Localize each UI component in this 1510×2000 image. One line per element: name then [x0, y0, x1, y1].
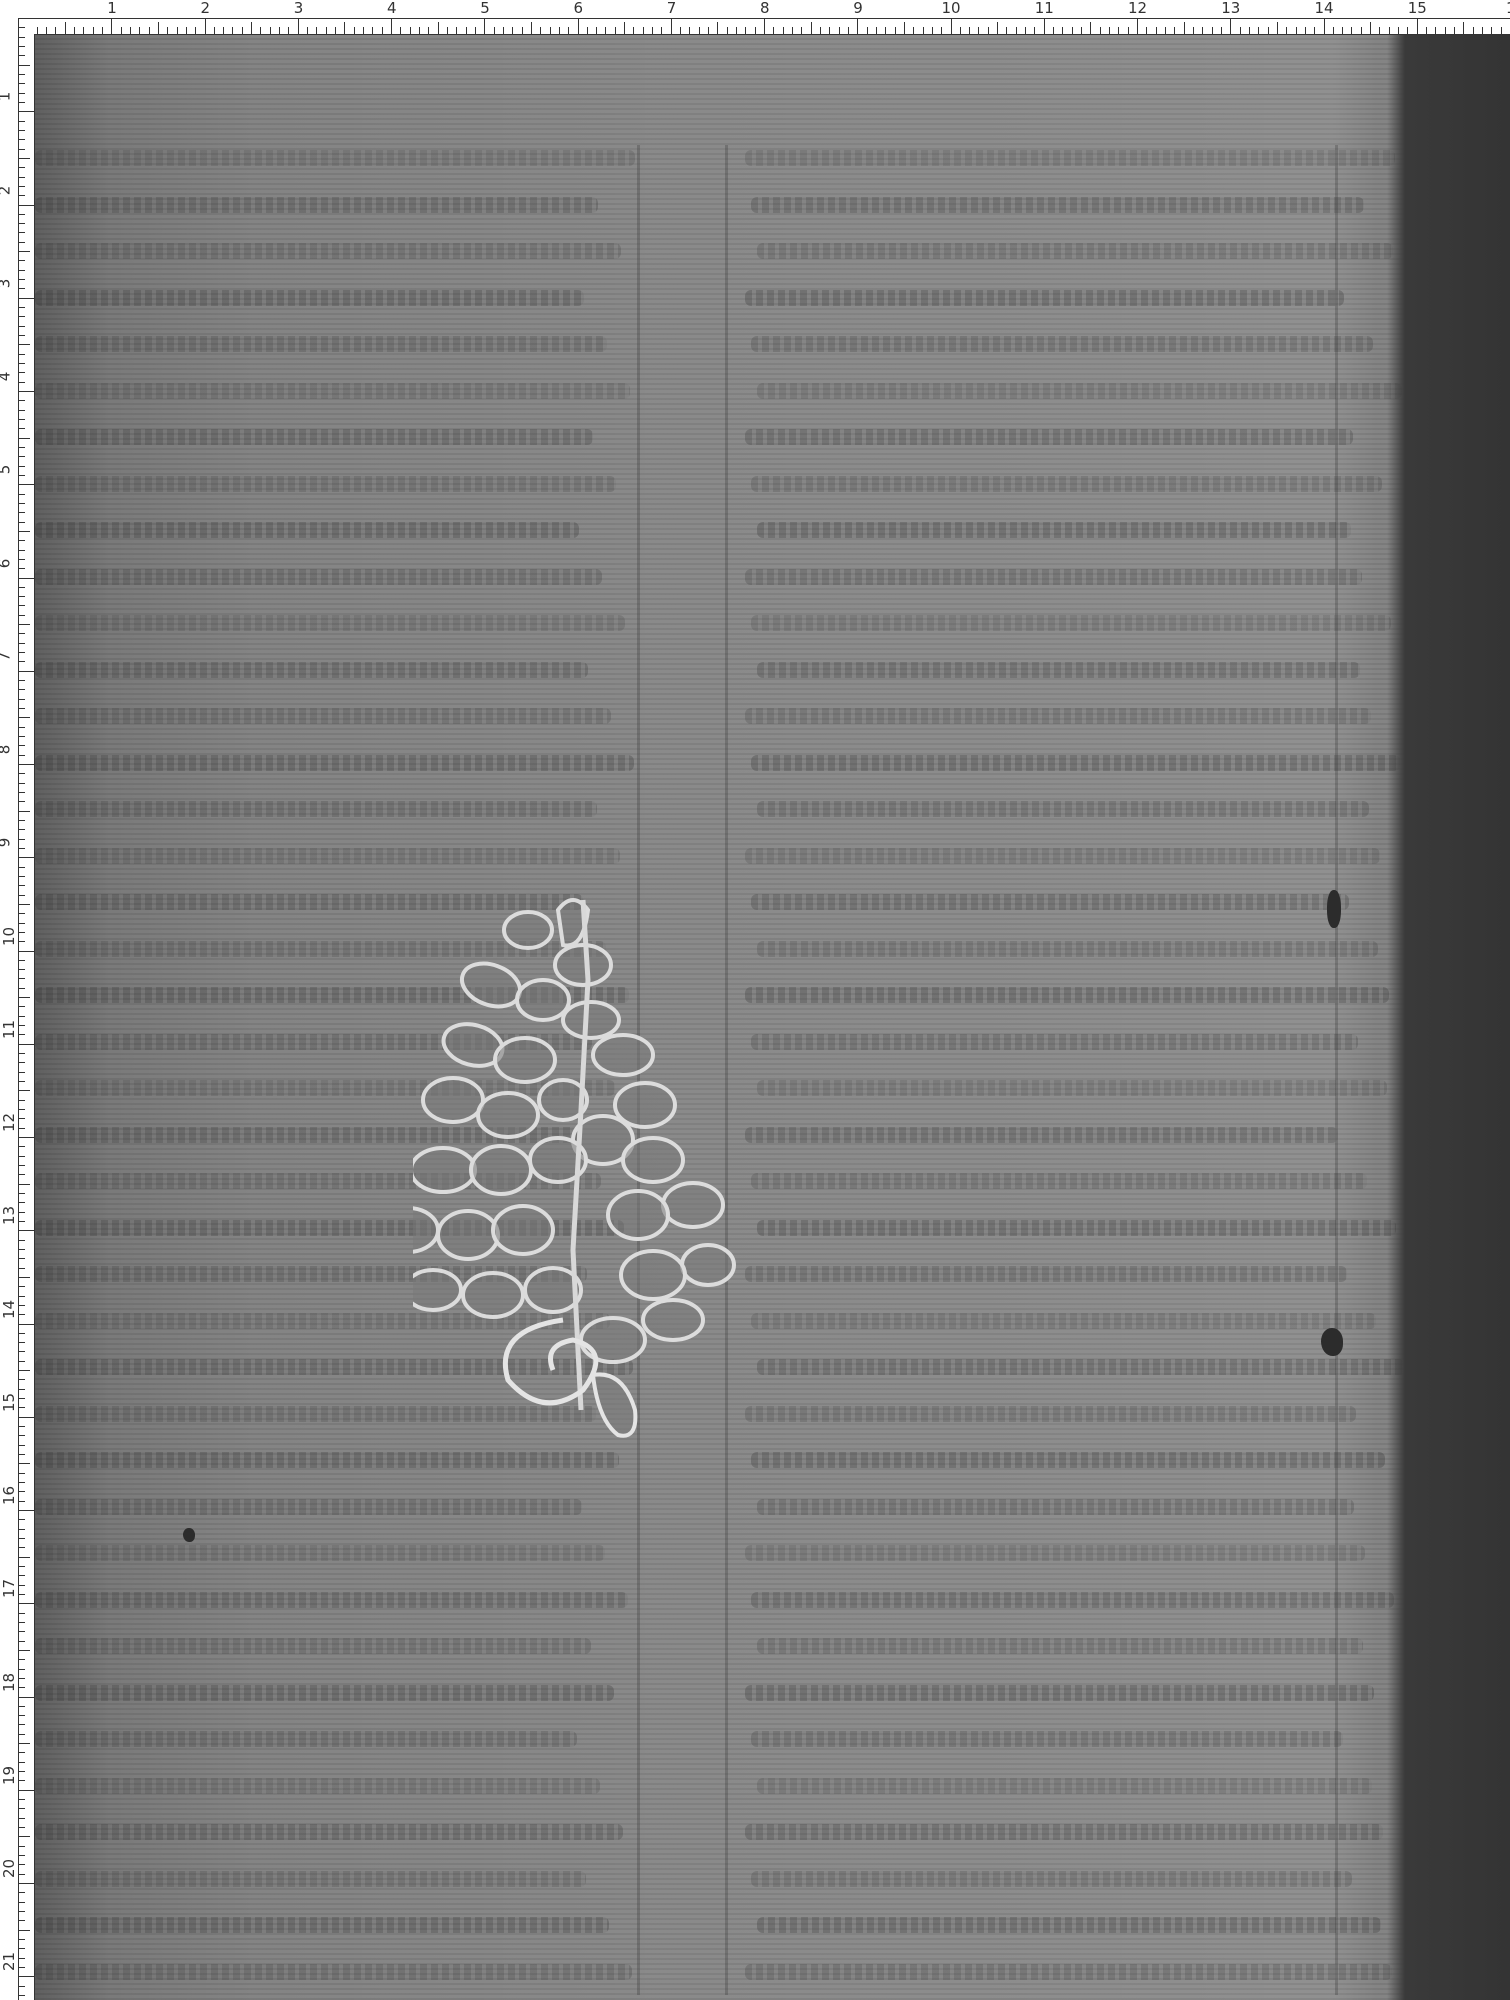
- ruler-tick: [18, 1911, 25, 1912]
- faded-text-line: [757, 1220, 1396, 1236]
- faded-text-line: [757, 1499, 1354, 1515]
- ruler-tick: [978, 27, 979, 34]
- ruler-tick: [232, 27, 233, 34]
- ruler-tick: [18, 960, 25, 961]
- ruler-tick: [18, 1529, 25, 1530]
- ruler-tick: [1501, 27, 1502, 34]
- ruler-label: 12: [2, 1113, 17, 1132]
- ruler-tick: [18, 1463, 30, 1464]
- faded-text-line: [35, 1545, 605, 1561]
- ruler-tick: [18, 1547, 25, 1548]
- ruler-tick: [18, 1566, 25, 1567]
- ruler-tick: [1212, 27, 1213, 34]
- ruler-label: 1: [107, 1, 117, 16]
- ruler-tick: [1118, 27, 1119, 34]
- ruler-tick: [1268, 27, 1269, 34]
- ruler-tick: [792, 27, 793, 34]
- ruler-tick: [18, 1613, 25, 1614]
- ruler-tick: [18, 913, 25, 914]
- ruler-tick: [811, 22, 812, 34]
- ruler-label: 18: [2, 1672, 17, 1691]
- ruler-tick: [876, 27, 877, 34]
- faded-text-line: [751, 1592, 1394, 1608]
- ruler-tick: [18, 605, 25, 606]
- faded-text-line: [35, 708, 611, 724]
- ruler-tick: [37, 27, 38, 34]
- ruler-label: 3: [294, 1, 304, 16]
- ruler-tick: [18, 335, 25, 336]
- ruler-tick: [857, 18, 858, 34]
- faded-text-line: [745, 290, 1344, 306]
- faded-text-line: [35, 1917, 609, 1933]
- ruler-tick: [18, 37, 25, 38]
- ruler-tick: [288, 27, 289, 34]
- ruler-tick: [177, 27, 178, 34]
- faded-text-line: [35, 1452, 619, 1468]
- ruler-tick: [18, 1090, 30, 1091]
- ruler-tick: [1398, 27, 1399, 34]
- ruler-tick: [18, 1902, 25, 1903]
- ruler-tick: [1333, 27, 1334, 34]
- ruler-tick: [1044, 18, 1045, 34]
- ruler-tick: [1249, 27, 1250, 34]
- ruler-tick: [1156, 27, 1157, 34]
- ruler-tick: [1109, 27, 1110, 34]
- ruler-tick: [214, 27, 215, 34]
- faded-text-line: [751, 336, 1373, 352]
- ruler-tick: [18, 503, 25, 504]
- ruler-label: 8: [760, 1, 770, 16]
- faded-text-line: [35, 336, 607, 352]
- ruler-tick: [988, 27, 989, 34]
- ruler-tick: [18, 456, 25, 457]
- ruler-tick: [960, 27, 961, 34]
- ruler-tick: [18, 652, 25, 653]
- faded-text-line: [745, 1964, 1392, 1980]
- ruler-tick: [18, 1072, 25, 1073]
- ruler-tick: [18, 1342, 25, 1343]
- ruler-tick: [18, 27, 25, 28]
- ruler-tick: [18, 1948, 25, 1949]
- ruler-tick: [18, 1641, 25, 1642]
- ruler-tick: [18, 18, 34, 19]
- ruler-tick: [848, 27, 849, 34]
- ruler-tick: [46, 27, 47, 34]
- ruler-tick: [540, 27, 541, 34]
- ruler-tick: [18, 1585, 25, 1586]
- faded-text-line: [757, 1778, 1372, 1794]
- ruler-tick: [633, 27, 634, 34]
- ruler-label: 17: [2, 1579, 17, 1598]
- ruler-label: 1: [1506, 1, 1510, 16]
- faded-text-line: [35, 1592, 628, 1608]
- faded-text-line: [35, 755, 634, 771]
- ruler-tick: [18, 1417, 34, 1418]
- ruler-tick: [18, 1286, 25, 1287]
- ruler-label: 7: [0, 651, 12, 661]
- ruler-label: 11: [1035, 1, 1054, 16]
- ruler-tick: [18, 1100, 25, 1101]
- ruler-tick: [18, 1986, 25, 1987]
- ruler-tick: [139, 27, 140, 34]
- ruler-tick: [18, 177, 25, 178]
- ruler-tick: [18, 1128, 25, 1129]
- ruler-label: 14: [2, 1299, 17, 1318]
- ruler-tick: [18, 1165, 25, 1166]
- faded-text-line: [35, 1499, 582, 1515]
- ruler-tick: [18, 1053, 25, 1054]
- faded-text-line: [745, 569, 1362, 585]
- ruler-tick: [717, 22, 718, 34]
- ruler-tick: [18, 1808, 25, 1809]
- faded-text-line: [751, 1871, 1352, 1887]
- ruler-tick: [18, 205, 34, 206]
- ruler-tick: [18, 661, 25, 662]
- ruler-tick: [186, 27, 187, 34]
- ruler-tick: [18, 820, 25, 821]
- ruler-label: 4: [387, 1, 397, 16]
- ruler-tick: [680, 27, 681, 34]
- ruler-tick: [18, 559, 25, 560]
- ruler-tick: [18, 1790, 34, 1791]
- ruler-tick: [1137, 18, 1138, 34]
- ruler-tick: [251, 22, 252, 34]
- faded-text-line: [35, 290, 584, 306]
- ruler-tick: [18, 494, 25, 495]
- ruler-tick: [1379, 27, 1380, 34]
- ruler-tick: [18, 307, 25, 308]
- ruler-tick: [205, 18, 206, 34]
- ruler-tick: [18, 1370, 30, 1371]
- ruler-tick: [18, 419, 25, 420]
- ruler-tick: [18, 1258, 25, 1259]
- ruler-tick: [18, 829, 25, 830]
- ruler-tick: [18, 83, 25, 84]
- ruler-label: 13: [2, 1206, 17, 1225]
- ruler-tick: [18, 214, 25, 215]
- ruler-tick: [419, 27, 420, 34]
- ruler-tick: [18, 1659, 25, 1660]
- faded-text-line: [35, 243, 621, 259]
- ruler-tick: [1034, 27, 1035, 34]
- ruler-tick: [1342, 27, 1343, 34]
- ruler-tick: [18, 1398, 25, 1399]
- ruler-label: 16: [2, 1486, 17, 1505]
- ruler-tick: [18, 1081, 25, 1082]
- ruler-tick: [18, 1920, 25, 1921]
- ruler-tick: [18, 1389, 25, 1390]
- ruler-tick: [18, 382, 25, 383]
- ruler-tick: [18, 727, 25, 728]
- faded-text-line: [751, 894, 1349, 910]
- ruler-tick: [1072, 27, 1073, 34]
- ruler-tick: [615, 27, 616, 34]
- ruler-tick: [18, 1967, 25, 1968]
- ruler-tick: [885, 27, 886, 34]
- ruler-tick: [18, 1044, 34, 1045]
- ruler-label: 14: [1315, 1, 1334, 16]
- ruler-tick: [18, 158, 30, 159]
- ruler-tick: [18, 904, 30, 905]
- ruler-tick: [755, 27, 756, 34]
- faded-text-line: [35, 1778, 600, 1794]
- ruler-tick: [18, 1454, 25, 1455]
- ruler-tick: [18, 568, 25, 569]
- ruler-tick: [18, 288, 25, 289]
- ruler-tick: [18, 997, 30, 998]
- ruler-label: 8: [0, 745, 12, 755]
- ruler-tick: [18, 1519, 25, 1520]
- ruler-tick: [1370, 22, 1371, 34]
- ruler-tick: [18, 354, 25, 355]
- faded-text-line: [751, 615, 1391, 631]
- page-edge-shadow: [1387, 35, 1510, 2000]
- ruler-tick: [18, 736, 25, 737]
- ruler-tick: [18, 792, 25, 793]
- ruler-tick: [1240, 27, 1241, 34]
- ruler-tick: [18, 1296, 25, 1297]
- ruler-tick: [326, 27, 327, 34]
- ruler-tick: [18, 223, 25, 224]
- ruler-tick: [18, 671, 34, 672]
- ruler-tick: [158, 22, 159, 34]
- ruler-tick: [18, 270, 25, 271]
- faded-text-line: [35, 522, 579, 538]
- ruler-tick: [18, 1752, 25, 1753]
- ruler-tick: [18, 1501, 25, 1502]
- ink-blot: [183, 1528, 195, 1542]
- ruler-tick: [18, 400, 25, 401]
- ruler-tick: [18, 885, 25, 886]
- ruler-tick: [316, 27, 317, 34]
- faded-text-line: [35, 150, 635, 166]
- faded-text-line: [757, 1917, 1381, 1933]
- ruler-tick: [661, 27, 662, 34]
- ruler-tick: [391, 18, 392, 34]
- faded-text-line: [757, 383, 1402, 399]
- faded-text-line: [751, 1731, 1343, 1747]
- ruler-tick: [1445, 27, 1446, 34]
- faded-text-line: [35, 1964, 632, 1980]
- ruler-tick: [18, 1445, 25, 1446]
- ruler-tick: [18, 540, 25, 541]
- faded-text-line: [757, 941, 1378, 957]
- ruler-tick: [18, 1855, 25, 1856]
- faded-text-line: [35, 801, 597, 817]
- ruler-tick: [372, 27, 373, 34]
- ruler-tick: [18, 1249, 25, 1250]
- ruler-label: 20: [2, 1859, 17, 1878]
- ruler-tick: [18, 1016, 25, 1017]
- ruler-tick: [18, 1827, 25, 1828]
- ruler-tick: [18, 801, 25, 802]
- ruler-tick: [18, 102, 25, 103]
- ruler-tick: [344, 22, 345, 34]
- faded-text-line: [35, 662, 588, 678]
- ruler-tick: [1174, 27, 1175, 34]
- ruler-tick: [1361, 27, 1362, 34]
- ruler-tick: [18, 923, 25, 924]
- ruler-tick: [1081, 27, 1082, 34]
- ruler-tick: [18, 1491, 25, 1492]
- ruler-tick: [1006, 27, 1007, 34]
- faded-text-line: [751, 1452, 1385, 1468]
- ruler-tick: [18, 773, 25, 774]
- ruler-label: 2: [201, 1, 211, 16]
- faded-text-line: [35, 197, 598, 213]
- ruler-tick: [605, 27, 606, 34]
- ruler-tick: [363, 27, 364, 34]
- ruler-tick: [428, 27, 429, 34]
- ruler-label: 7: [667, 1, 677, 16]
- ruler-tick: [18, 596, 25, 597]
- ruler-tick: [18, 1958, 25, 1959]
- ruler-label: 9: [0, 838, 12, 848]
- ruler-tick: [18, 615, 25, 616]
- faded-text-line: [757, 243, 1393, 259]
- ruler-tick: [18, 1277, 30, 1278]
- ruler-tick: [18, 708, 25, 709]
- ruler-tick: [18, 1846, 25, 1847]
- faded-text-line: [745, 1545, 1365, 1561]
- ruler-tick: [1053, 27, 1054, 34]
- ruler-tick: [1482, 27, 1483, 34]
- manuscript-scan: [35, 35, 1510, 2000]
- ruler-tick: [18, 1426, 25, 1427]
- ruler-tick: [18, 1034, 25, 1035]
- ruler-label: 4: [0, 372, 12, 382]
- ruler-tick: [18, 93, 25, 94]
- ruler-tick: [18, 391, 34, 392]
- top-ruler: 01234567891011121314151: [0, 0, 1510, 34]
- ruler-tick: [1062, 27, 1063, 34]
- faded-text-line: [35, 429, 593, 445]
- ruler-tick: [18, 941, 25, 942]
- ruler-tick: [18, 1435, 25, 1436]
- ruler-tick: [18, 876, 25, 877]
- ruler-tick: [932, 27, 933, 34]
- ruler-tick: [410, 27, 411, 34]
- ruler-tick: [997, 22, 998, 34]
- ruler-tick: [522, 27, 523, 34]
- ruler-tick: [18, 1715, 25, 1716]
- faded-text-line: [745, 150, 1395, 166]
- ruler-tick: [18, 578, 34, 579]
- ruler-label: 1: [0, 92, 12, 102]
- ruler-tick: [18, 1146, 25, 1147]
- faded-text-line: [757, 801, 1369, 817]
- ruler-tick: [18, 699, 25, 700]
- ruler-tick: [18, 811, 30, 812]
- ruler-tick: [223, 27, 224, 34]
- ruler-tick: [18, 410, 25, 411]
- ruler-tick: [167, 27, 168, 34]
- ruler-tick: [1202, 27, 1203, 34]
- ruler-tick: [18, 1631, 25, 1632]
- ruler-tick: [83, 27, 84, 34]
- ruler-tick: [18, 372, 25, 373]
- faded-text-line: [745, 1127, 1338, 1143]
- ruler-tick: [1258, 27, 1259, 34]
- ruler-tick: [652, 27, 653, 34]
- faded-text-line: [745, 429, 1353, 445]
- ruler-tick: [18, 1324, 34, 1325]
- ruler-tick: [1025, 27, 1026, 34]
- ruler-tick: [335, 27, 336, 34]
- ruler-tick: [18, 764, 34, 765]
- faded-text-line: [35, 1824, 623, 1840]
- ruler-tick: [18, 1743, 30, 1744]
- ruler-tick: [923, 27, 924, 34]
- faded-text-line: [35, 1871, 586, 1887]
- ruler-tick: [1417, 18, 1418, 34]
- faded-text-line: [751, 1034, 1358, 1050]
- ruler-tick: [1100, 27, 1101, 34]
- ruler-label: 10: [942, 1, 961, 16]
- ruler-tick: [18, 1799, 25, 1800]
- ruler-tick: [18, 1771, 25, 1772]
- ruler-tick: [736, 27, 737, 34]
- faded-text-line: [745, 1406, 1356, 1422]
- ruler-tick: [913, 27, 914, 34]
- faded-text-line: [751, 476, 1382, 492]
- ruler-tick: [1435, 27, 1436, 34]
- ruler-tick: [1090, 22, 1091, 34]
- ruler-tick: [18, 149, 25, 150]
- ruler-tick: [18, 1995, 25, 1996]
- ruler-tick: [18, 242, 25, 243]
- ruler-tick: [18, 1482, 25, 1483]
- ruler-tick: [18, 1939, 25, 1940]
- ruler-tick: [18, 1305, 25, 1306]
- ruler-label: 13: [1221, 1, 1240, 16]
- ruler-label: 12: [1128, 1, 1147, 16]
- ruler-tick: [1407, 27, 1408, 34]
- ruler-tick: [18, 1379, 25, 1380]
- ruler-tick: [951, 18, 952, 34]
- ruler-tick: [18, 531, 30, 532]
- ruler-tick: [18, 186, 25, 187]
- ruler-tick: [18, 438, 30, 439]
- ruler-tick: [1426, 27, 1427, 34]
- ruler-tick: [270, 27, 271, 34]
- ruler-tick: [18, 1874, 25, 1875]
- ruler-tick: [708, 27, 709, 34]
- faded-text-line: [757, 522, 1351, 538]
- ruler-tick: [596, 27, 597, 34]
- ruler-tick: [531, 22, 532, 34]
- ruler-tick: [102, 27, 103, 34]
- ruler-tick: [484, 18, 485, 34]
- ruler-tick: [18, 624, 30, 625]
- ruler-tick: [512, 27, 513, 34]
- ruler-tick: [18, 1174, 25, 1175]
- ruler-tick: [18, 1818, 25, 1819]
- ruler-tick: [624, 22, 625, 34]
- ruler-tick: [18, 512, 25, 513]
- ruler-tick: [801, 27, 802, 34]
- ruler-tick: [1193, 27, 1194, 34]
- ruler-tick: [18, 46, 25, 47]
- ruler-label: 3: [0, 278, 12, 288]
- ruler-tick: [447, 27, 448, 34]
- ruler-tick: [18, 1062, 25, 1063]
- ruler-tick: [18, 1603, 34, 1604]
- ruler-label: 10: [2, 926, 17, 945]
- ruler-tick: [18, 1892, 25, 1893]
- ruler-tick: [1389, 27, 1390, 34]
- ruler-tick: [18, 1407, 25, 1408]
